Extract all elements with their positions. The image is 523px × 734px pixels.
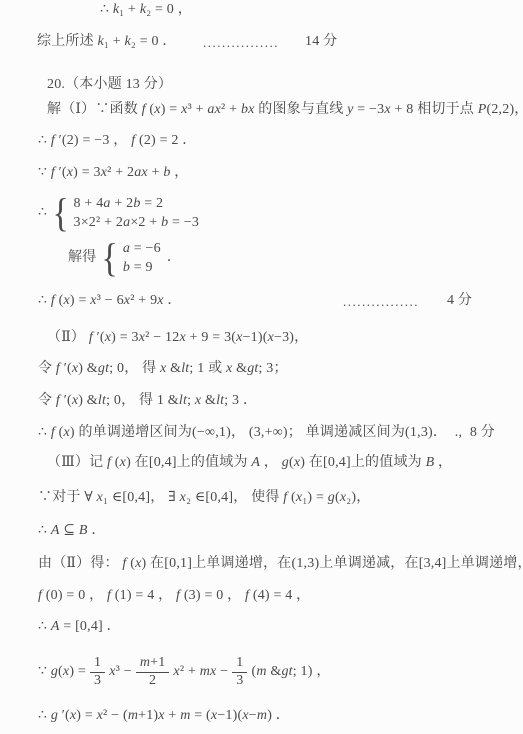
fraction-denominator: 3 <box>90 673 105 689</box>
solve-eq1: a = −6 <box>123 239 161 258</box>
system-brace: { <box>53 193 69 233</box>
fraction-m-plus-1-over-2: m+1 2 <box>136 655 170 689</box>
fraction-denominator: 3 <box>232 673 247 689</box>
line-monotonic-intervals: ∴ f (x) 的单调递增区间为(−∞,1)， (3,+∞)； 单调递减区间为(… <box>38 424 495 442</box>
line-deriv-expr: ∵ f ′(x) = 3x² + 2ax + b ， <box>38 164 188 182</box>
fraction-one-third: 1 3 <box>232 655 247 689</box>
line-function-values: f (0) = 0 ， f (1) = 4 ， f (3) = 0 ， f (4… <box>38 587 310 605</box>
line-subset: ∴ A ⊆ B ． <box>38 522 106 540</box>
fraction-denominator: 2 <box>136 673 170 689</box>
line-gx-definition: ∵ g(x) = 1 3 x³ − m+1 2 x² + mx − 1 3 (m… <box>38 655 331 689</box>
line-equation-system: ∴ { 8 + 4a + 2b = 2 3×2² + 2a×2 + b = −3 <box>38 193 199 233</box>
line-q20-header: 20.（本小题 13 分） <box>47 76 172 94</box>
line-gx-derivative: ∴ g ′(x) = x² − (m+1)x + m = (x−1)(x−m) … <box>38 707 290 725</box>
line-from-part2: 由（Ⅱ）得： f (x) 在[0,1]上单调递增，在(1,3)上单调递减，在[3… <box>38 555 523 573</box>
dotted-leader: ., <box>455 425 462 440</box>
summary-text: 综上所述 k₁ + k₂ = 0 ． <box>37 34 177 49</box>
line-deriv-values: ∴ f ′(2) = −3 ， f (2) = 2 ． <box>38 132 197 150</box>
score-8: 8 分 <box>470 425 495 440</box>
line-part2-deriv: （Ⅱ） f ′(x) = 3x² − 12x + 9 = 3(x−1)(x−3)… <box>47 329 308 347</box>
dotted-leader: ................ <box>203 34 279 52</box>
system-eq2: 3×2² + 2a×2 + b = −3 <box>74 213 200 232</box>
score-4: 4 分 <box>447 292 472 310</box>
solve-eq2: b = 9 <box>123 258 161 277</box>
system-equations: 8 + 4a + 2b = 2 3×2² + 2a×2 + b = −3 <box>74 194 200 232</box>
line-forall-exists: ∵对于 ∀ x₁ ∈[0,4]， ∃ x₂ ∈[0,4]， 使得 f (x₁) … <box>38 489 370 507</box>
solve-period: ． <box>167 249 181 267</box>
fraction-numerator: 1 <box>90 655 105 673</box>
score-14: 14 分 <box>305 33 337 51</box>
line-range-a: ∴ A = [0,4] ． <box>38 618 121 636</box>
document-page: ∴ k₁ + k₂ = 0 ， 综上所述 k₁ + k₂ = 0 ． .....… <box>0 0 523 734</box>
gx-lead: ∵ g(x) = <box>38 663 86 681</box>
solve-equations: a = −6 b = 9 <box>123 239 161 277</box>
gx-seg2: x² + mx − <box>173 663 228 681</box>
line-fx-result: ∴ f (x) = x³ − 6x² + 9x ． ..............… <box>38 292 523 310</box>
fraction-one-third: 1 3 <box>90 655 105 689</box>
line-part1-intro: 解（Ⅰ）∵函数 f (x) = x³ + ax² + bx 的图象与直线 y =… <box>47 101 523 119</box>
system-eq1: 8 + 4a + 2b = 2 <box>74 194 200 213</box>
line-part3-intro: （Ⅲ）记 f (x) 在[0,4]上的值域为 A ， g(x) 在[0,4]上的… <box>47 454 452 472</box>
fx-result-text: ∴ f (x) = x³ − 6x² + 9x ． <box>38 293 182 308</box>
solve-label: 解得 <box>68 249 96 267</box>
line-decr-condition: 令 f ′(x) &lt; 0， 得 1 &lt; x &lt; 3 ． <box>38 392 257 410</box>
line-incr-condition: 令 f ′(x) &gt; 0， 得 x &lt; 1 或 x &gt; 3； <box>38 360 288 378</box>
line-summary: 综上所述 k₁ + k₂ = 0 ． ................ 14 分 <box>37 33 523 51</box>
fraction-numerator: m+1 <box>136 655 170 673</box>
fraction-numerator: 1 <box>232 655 247 673</box>
line-k-sum-conclusion: ∴ k₁ + k₂ = 0 ， <box>100 1 192 19</box>
line-solve-result: 解得 { a = −6 b = 9 ． <box>68 238 181 278</box>
dotted-leader: ................ <box>343 293 419 311</box>
monotonic-text: ∴ f (x) 的单调递增区间为(−∞,1)， (3,+∞)； 单调递减区间为(… <box>38 425 447 440</box>
gx-tail: (m &gt; 1) ， <box>251 663 330 681</box>
solve-brace: { <box>102 238 118 278</box>
gx-seg1: x³ − <box>109 663 132 681</box>
therefore-symbol: ∴ <box>38 204 47 222</box>
